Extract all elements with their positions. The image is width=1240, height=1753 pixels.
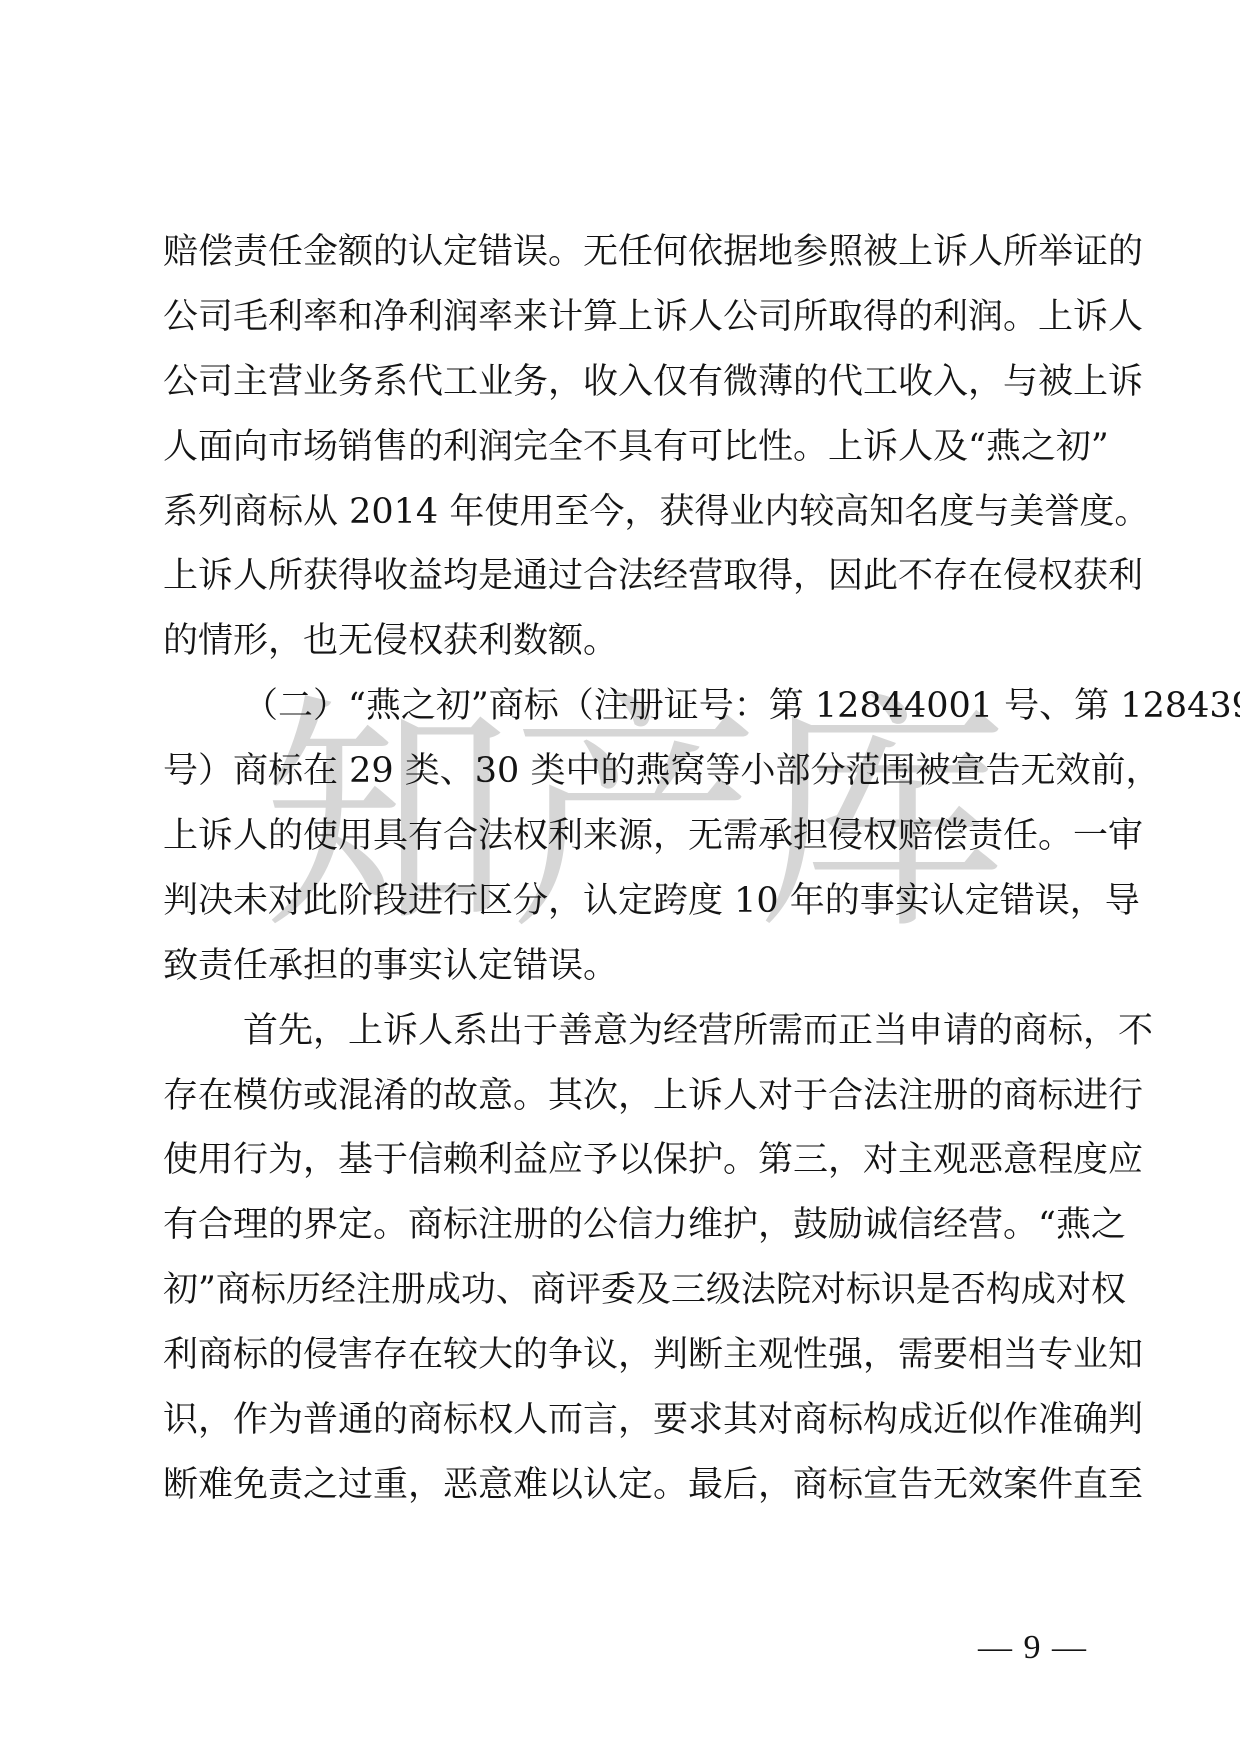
- text-line: 有合理的界定。商标注册的公信力维护，鼓励诚信经营。“燕之: [163, 1193, 1083, 1258]
- text-line: 识，作为普通的商标权人而言，要求其对商标构成近似作准确判: [163, 1388, 1083, 1453]
- text-line: 初”商标历经注册成功、商评委及三级法院对标识是否构成对权: [163, 1258, 1083, 1323]
- text-line: 上诉人所获得收益均是通过合法经营取得，因此不存在侵权获利: [163, 544, 1083, 609]
- paragraph-start-line: 首先，上诉人系出于善意为经营所需而正当申请的商标，不: [163, 999, 1083, 1064]
- text-line: 存在模仿或混淆的故意。其次，上诉人对于合法注册的商标进行: [163, 1064, 1083, 1129]
- text-line: 人面向市场销售的利润完全不具有可比性。上诉人及“燕之初”: [163, 415, 1083, 480]
- text-line: 致责任承担的事实认定错误。: [163, 934, 1083, 999]
- text-line: 使用行为，基于信赖利益应予以保护。第三，对主观恶意程度应: [163, 1128, 1083, 1193]
- text-line: 号）商标在 29 类、30 类中的燕窝等小部分范围被宣告无效前，: [163, 739, 1083, 804]
- text-line: 的情形，也无侵权获利数额。: [163, 609, 1083, 674]
- text-line: 公司主营业务系代工业务，收入仅有微薄的代工收入，与被上诉: [163, 350, 1083, 415]
- text-line: 判决未对此阶段进行区分，认定跨度 10 年的事实认定错误，导: [163, 869, 1083, 934]
- section-heading-line: （二）“燕之初”商标（注册证号：第 12844001 号、第 12843953: [163, 674, 1083, 739]
- text-line: 赔偿责任金额的认定错误。无任何依据地参照被上诉人所举证的: [163, 220, 1083, 285]
- document-body: 赔偿责任金额的认定错误。无任何依据地参照被上诉人所举证的 公司毛利率和净利润率来…: [163, 220, 1083, 1518]
- text-line: 系列商标从 2014 年使用至今，获得业内较高知名度与美誉度。: [163, 480, 1083, 545]
- text-line: 利商标的侵害存在较大的争议，判断主观性强，需要相当专业知: [163, 1323, 1083, 1388]
- text-line: 上诉人的使用具有合法权利来源，无需承担侵权赔偿责任。一审: [163, 804, 1083, 869]
- text-line: 断难免责之过重，恶意难以认定。最后，商标宣告无效案件直至: [163, 1453, 1083, 1518]
- page-number: — 9 —: [978, 1626, 1086, 1670]
- text-line: 公司毛利率和净利润率来计算上诉人公司所取得的利润。上诉人: [163, 285, 1083, 350]
